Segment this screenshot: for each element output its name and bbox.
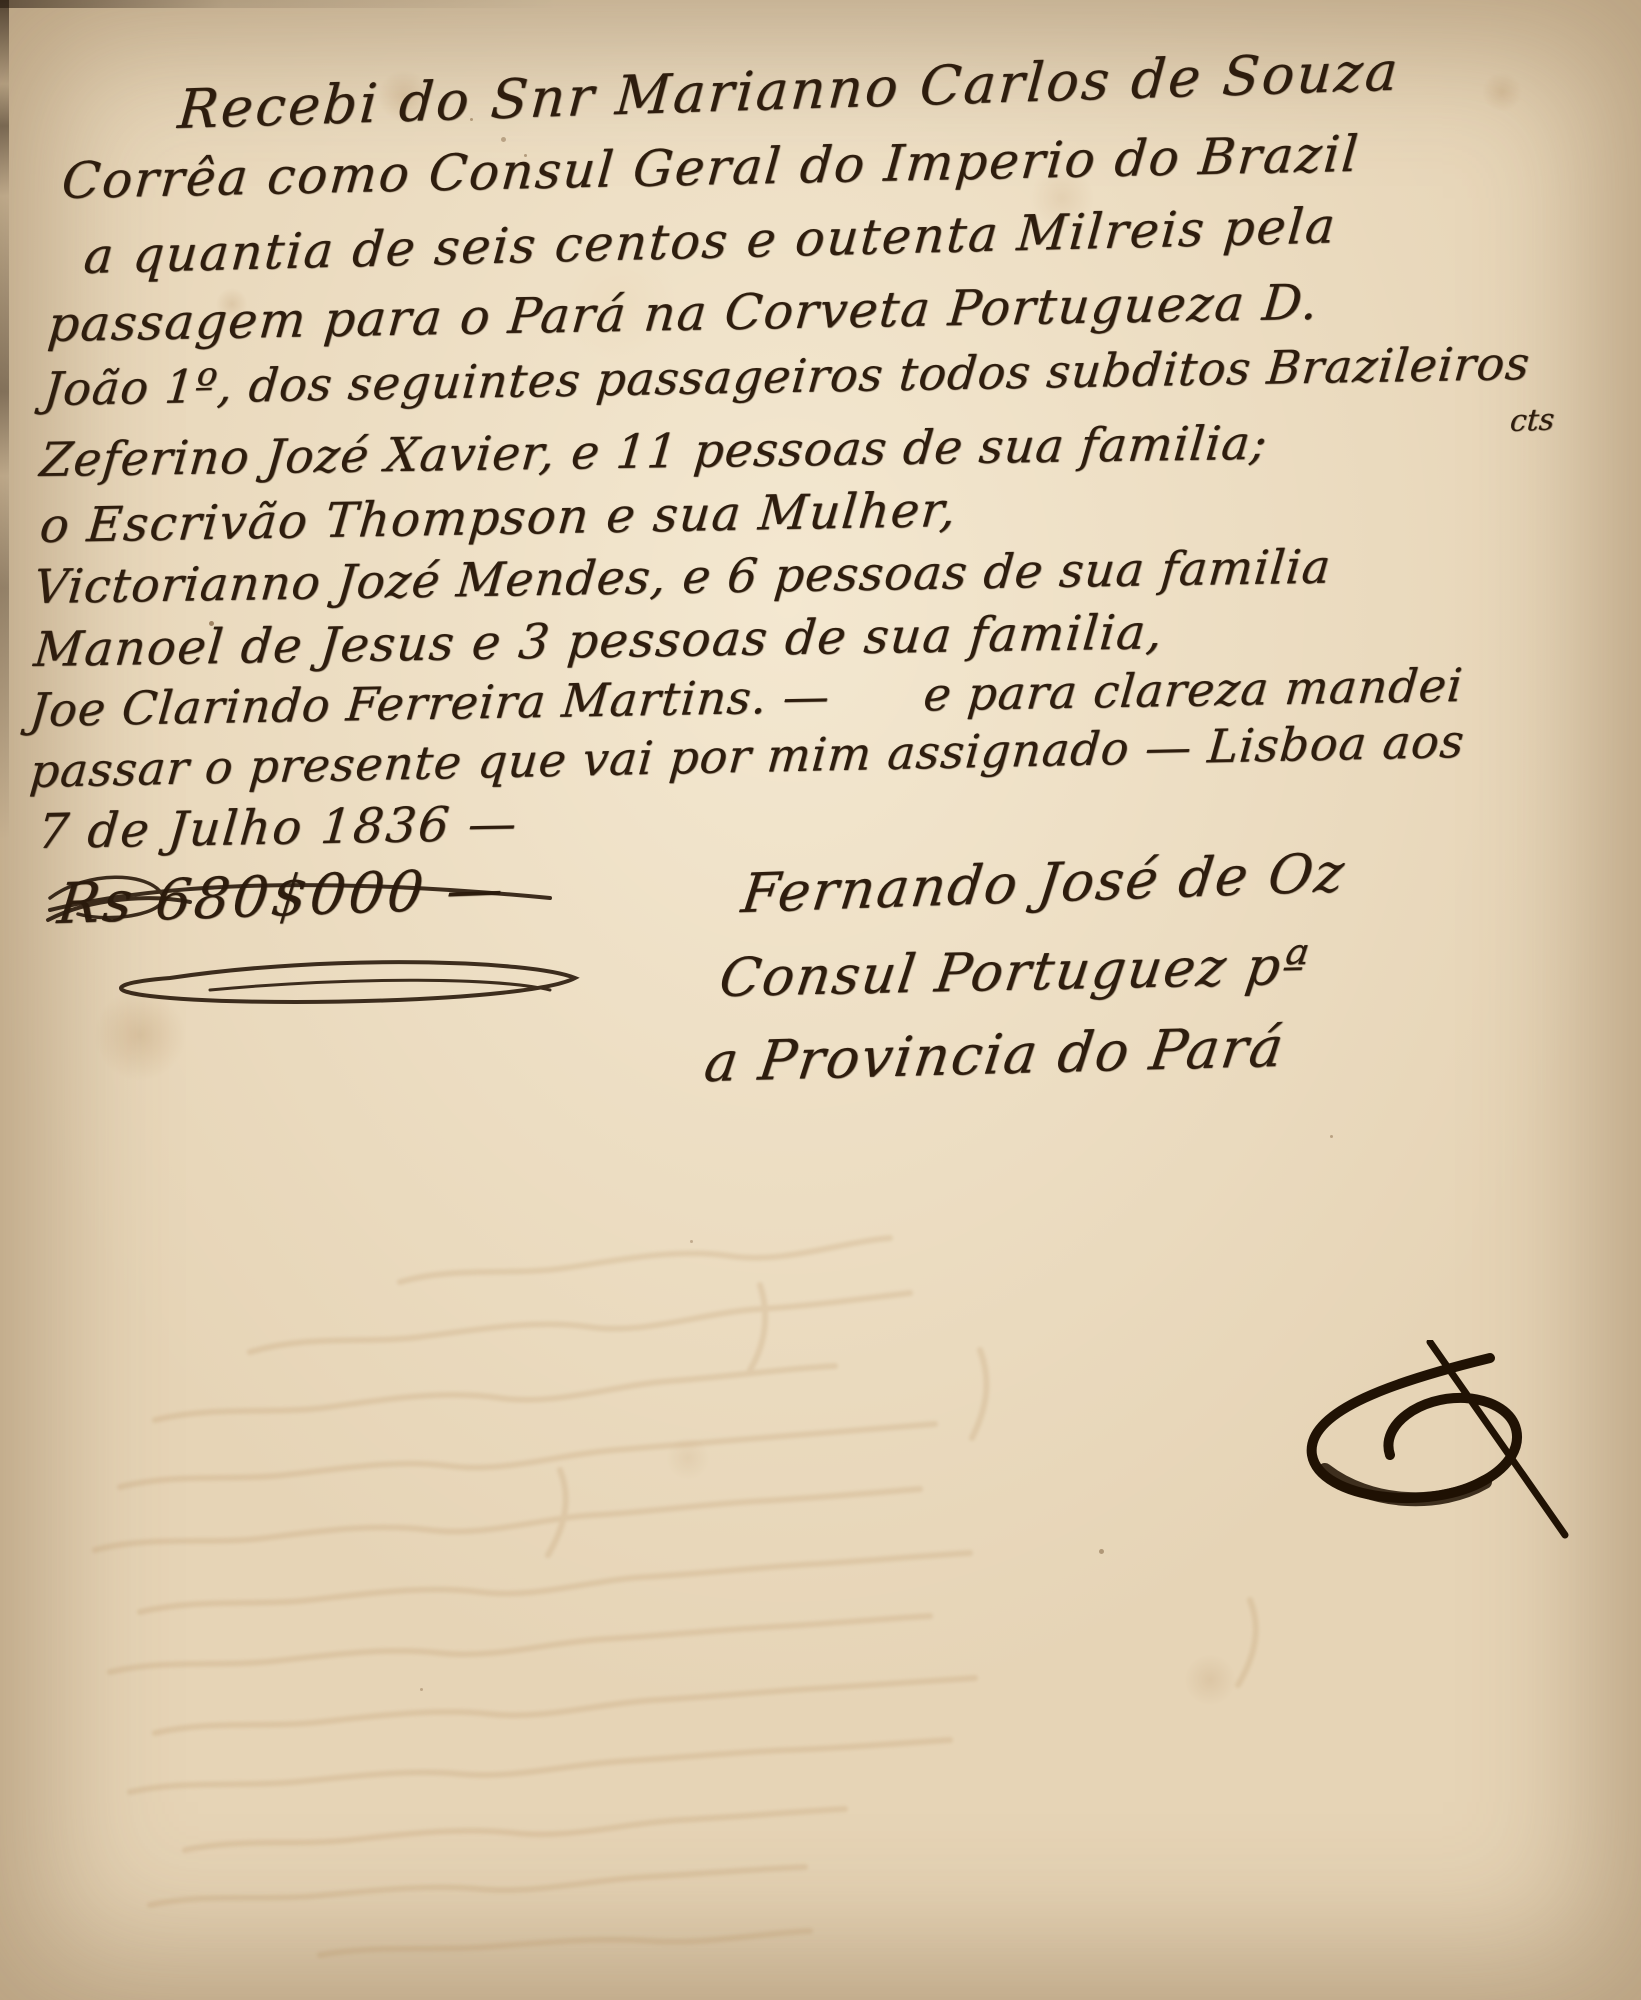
- signature-name: Fernando José de Oz: [738, 841, 1349, 925]
- manuscript-line: Recebi do Snr Marianno Carlos de Souza: [176, 40, 1402, 142]
- manuscript-line: a quantia de seis centos e outenta Milre…: [82, 197, 1339, 285]
- manuscript-page: Recebi do Snr Marianno Carlos de Souza C…: [0, 0, 1641, 2000]
- signature-place: a Provincia do Pará: [701, 1015, 1289, 1094]
- scan-edge-top: [0, 0, 560, 8]
- manuscript-line: passagem para o Pará na Corveta Portugue…: [46, 274, 1322, 353]
- signature-flourish: [1280, 1340, 1600, 1550]
- scan-edge-left: [0, 0, 9, 1400]
- marginal-note: cts: [1509, 402, 1556, 439]
- signature-title: Consul Portuguez pª: [716, 936, 1313, 1010]
- manuscript-line: 7 de Julho 1836 —: [36, 796, 521, 860]
- amount-text: Rs 680$000 —: [55, 856, 509, 937]
- manuscript-line: Zeferino Jozé Xavier, e 11 pessoas de su…: [37, 416, 1269, 488]
- manuscript-line: o Escrivão Thompson e sua Mulher,: [38, 482, 960, 554]
